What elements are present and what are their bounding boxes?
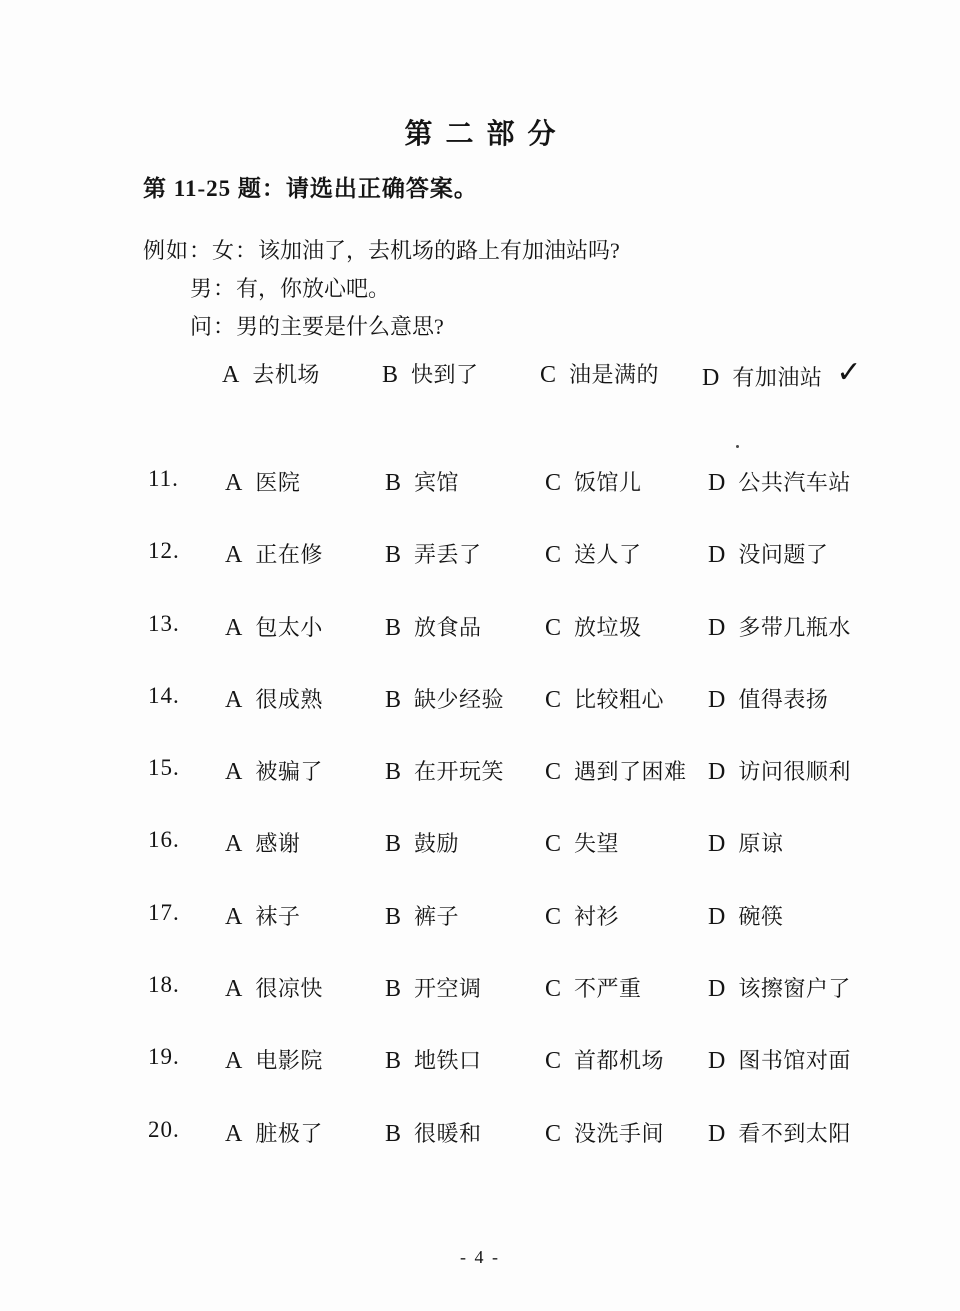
option-d: D原谅	[708, 827, 960, 858]
option-text: 饭馆儿	[574, 470, 642, 495]
option-text: 裤子	[414, 904, 459, 929]
option-text: 缺少经验	[414, 687, 504, 712]
option-letter: B	[385, 542, 401, 568]
document-page: 第二部分 第 11-25 题：请选出正确答案。 例如：女：该加油了，去机场的路上…	[0, 0, 960, 1311]
option-letter: D	[708, 759, 725, 785]
example-dialogue-line: 男：有，你放心吧。	[0, 276, 960, 302]
option-text: 没问题了	[738, 542, 828, 567]
question-number: 19.	[148, 1044, 225, 1070]
question-row-19: 19. A电影院 B地铁口 C首都机场 D图书馆对面	[0, 1044, 960, 1116]
option-a: A被骗了	[225, 755, 385, 786]
question-number: 13.	[148, 611, 225, 637]
option-b: B很暖和	[385, 1117, 545, 1148]
option-letter: B	[385, 615, 401, 641]
option-b: B地铁口	[385, 1044, 545, 1075]
instructions-line: 第 11-25 题：请选出正确答案。	[143, 170, 478, 203]
option-letter: C	[545, 759, 561, 785]
question-number: 15.	[148, 755, 225, 781]
option-b: B宾馆	[385, 466, 545, 497]
speaker-woman: 女：	[212, 238, 258, 263]
option-d: D值得表扬	[708, 683, 960, 714]
option-c: C首都机场	[545, 1044, 708, 1075]
dialogue-text: 有，你放心吧。	[236, 276, 390, 301]
option-c: C比较粗心	[545, 683, 708, 714]
option-c: C不严重	[545, 972, 708, 1003]
option-b: B开空调	[385, 972, 545, 1003]
option-text: 遇到了困难	[574, 759, 687, 784]
option-text: 油是满的	[569, 362, 659, 387]
option-letter: D	[702, 365, 719, 391]
question-number: 17.	[148, 900, 225, 926]
dialogue-text: 男的主要是什么意思?	[236, 314, 444, 339]
option-letter: A	[225, 976, 242, 1002]
question-row-15: 15. A被骗了 B在开玩笑 C遇到了困难 D访问很顺利	[0, 755, 960, 827]
question-row-17: 17. A袜子 B裤子 C衬衫 D碗筷	[0, 900, 960, 972]
option-letter: A	[225, 687, 242, 713]
option-text: 很凉快	[255, 976, 323, 1001]
question-number: 18.	[148, 972, 225, 998]
example-dialogue-line: 问：男的主要是什么意思?	[0, 314, 960, 340]
option-c: C没洗手间	[545, 1117, 708, 1148]
option-text: 原谅	[738, 831, 783, 856]
question-row-13: 13. A包太小 B放食品 C放垃圾 D多带几瓶水	[0, 611, 960, 683]
example-block: 例如：女：该加油了，去机场的路上有加油站吗? 男：有，你放心吧。 问：男的主要是…	[0, 238, 960, 393]
option-d: D公共汽车站	[708, 466, 960, 497]
option-letter: B	[385, 1121, 401, 1147]
option-letter: D	[708, 831, 725, 857]
example-option-c: C油是满的	[540, 358, 702, 393]
option-text: 比较粗心	[574, 687, 664, 712]
question-number: 12.	[148, 538, 225, 564]
option-letter: A	[225, 904, 242, 930]
option-letter: C	[540, 362, 556, 388]
option-d: D图书馆对面	[708, 1044, 960, 1075]
option-text: 有加油站	[732, 365, 822, 390]
option-letter: C	[545, 615, 561, 641]
scan-artifact-dot	[736, 445, 739, 448]
option-a: A脏极了	[225, 1117, 385, 1148]
option-letter: B	[385, 831, 401, 857]
option-text: 失望	[574, 831, 619, 856]
option-b: B缺少经验	[385, 683, 545, 714]
option-text: 包太小	[255, 615, 323, 640]
option-letter: B	[385, 904, 401, 930]
option-a: A很成熟	[225, 683, 385, 714]
option-b: B鼓励	[385, 827, 545, 858]
option-letter: A	[225, 1048, 242, 1074]
speaker-question: 问：	[190, 314, 236, 339]
option-letter: A	[222, 362, 239, 388]
option-letter: D	[708, 687, 725, 713]
speaker-man: 男：	[190, 276, 236, 301]
questions-list: 11. A医院 B宾馆 C饭馆儿 D公共汽车站 12. A正在修 B弄丢了 C送…	[0, 466, 960, 1189]
question-row-18: 18. A很凉快 B开空调 C不严重 D该擦窗户了	[0, 972, 960, 1044]
option-text: 医院	[255, 470, 300, 495]
option-text: 多带几瓶水	[738, 615, 851, 640]
option-d: D碗筷	[708, 900, 960, 931]
option-letter: C	[545, 1048, 561, 1074]
option-a: A感谢	[225, 827, 385, 858]
option-d: D看不到太阳	[708, 1117, 960, 1148]
option-letter: B	[385, 470, 401, 496]
option-c: C饭馆儿	[545, 466, 708, 497]
question-row-14: 14. A很成熟 B缺少经验 C比较粗心 D值得表扬	[0, 683, 960, 755]
question-number: 16.	[148, 827, 225, 853]
option-letter: D	[708, 976, 725, 1002]
option-text: 去机场	[252, 362, 320, 387]
option-a: A包太小	[225, 611, 385, 642]
option-letter: D	[708, 1121, 725, 1147]
option-text: 该擦窗户了	[738, 976, 851, 1001]
option-b: B弄丢了	[385, 538, 545, 569]
option-text: 送人了	[574, 542, 642, 567]
option-letter: B	[385, 687, 401, 713]
option-text: 弄丢了	[414, 542, 482, 567]
option-letter: A	[225, 470, 242, 496]
option-letter: C	[545, 831, 561, 857]
option-letter: A	[225, 759, 242, 785]
question-row-11: 11. A医院 B宾馆 C饭馆儿 D公共汽车站	[0, 466, 960, 538]
option-a: A袜子	[225, 900, 385, 931]
option-letter: C	[545, 542, 561, 568]
option-d: D多带几瓶水	[708, 611, 960, 642]
option-b: B裤子	[385, 900, 545, 931]
option-letter: A	[225, 831, 242, 857]
option-letter: C	[545, 904, 561, 930]
example-dialogue-line: 例如：女：该加油了，去机场的路上有加油站吗?	[0, 238, 960, 264]
option-a: A正在修	[225, 538, 385, 569]
option-letter: C	[545, 470, 561, 496]
checkmark-icon: ✓	[836, 355, 861, 390]
option-letter: A	[225, 542, 242, 568]
option-c: C衬衫	[545, 900, 708, 931]
option-letter: B	[385, 976, 401, 1002]
option-letter: D	[708, 470, 725, 496]
example-option-b: B快到了	[382, 358, 540, 393]
page-number: - 4 -	[0, 1247, 960, 1268]
question-number: 20.	[148, 1117, 225, 1143]
option-a: A电影院	[225, 1044, 385, 1075]
option-text: 正在修	[255, 542, 323, 567]
option-text: 不严重	[574, 976, 642, 1001]
option-text: 地铁口	[414, 1048, 482, 1073]
example-options-row: A去机场 B快到了 C油是满的 D有加油站✓	[0, 358, 960, 393]
option-text: 图书馆对面	[738, 1048, 851, 1073]
option-letter: D	[708, 542, 725, 568]
option-d: D该擦窗户了	[708, 972, 960, 1003]
question-number: 11.	[148, 466, 225, 492]
option-text: 放垃圾	[574, 615, 642, 640]
question-row-12: 12. A正在修 B弄丢了 C送人了 D没问题了	[0, 538, 960, 610]
question-row-20: 20. A脏极了 B很暖和 C没洗手间 D看不到太阳	[0, 1117, 960, 1189]
option-text: 感谢	[255, 831, 300, 856]
option-text: 被骗了	[255, 759, 323, 784]
option-letter: B	[385, 1048, 401, 1074]
option-b: B在开玩笑	[385, 755, 545, 786]
option-text: 开空调	[414, 976, 482, 1001]
example-label: 例如：	[143, 238, 212, 263]
option-c: C放垃圾	[545, 611, 708, 642]
option-text: 公共汽车站	[738, 470, 851, 495]
option-letter: B	[382, 362, 398, 388]
question-number: 14.	[148, 683, 225, 709]
option-text: 鼓励	[414, 831, 459, 856]
option-letter: C	[545, 976, 561, 1002]
option-text: 值得表扬	[738, 687, 828, 712]
option-letter: A	[225, 615, 242, 641]
option-text: 碗筷	[738, 904, 783, 929]
option-letter: D	[708, 615, 725, 641]
option-text: 首都机场	[574, 1048, 664, 1073]
option-letter: C	[545, 687, 561, 713]
option-text: 在开玩笑	[414, 759, 504, 784]
option-letter: A	[225, 1121, 242, 1147]
option-text: 没洗手间	[574, 1121, 664, 1146]
option-text: 袜子	[255, 904, 300, 929]
option-text: 很成熟	[255, 687, 323, 712]
option-a: A很凉快	[225, 972, 385, 1003]
example-option-d: D有加油站✓	[702, 358, 960, 393]
option-c: C失望	[545, 827, 708, 858]
option-letter: C	[545, 1121, 561, 1147]
option-a: A医院	[225, 466, 385, 497]
option-text: 看不到太阳	[738, 1121, 851, 1146]
example-option-a: A去机场	[222, 358, 382, 393]
option-text: 脏极了	[255, 1121, 323, 1146]
option-letter: D	[708, 1048, 725, 1074]
option-letter: B	[385, 759, 401, 785]
option-text: 放食品	[414, 615, 482, 640]
option-c: C送人了	[545, 538, 708, 569]
section-title: 第二部分	[0, 112, 960, 152]
option-c: C遇到了困难	[545, 755, 708, 786]
option-text: 电影院	[255, 1048, 323, 1073]
question-row-16: 16. A感谢 B鼓励 C失望 D原谅	[0, 827, 960, 899]
option-text: 快到了	[411, 362, 479, 387]
option-d: D没问题了	[708, 538, 960, 569]
dialogue-text: 该加油了，去机场的路上有加油站吗?	[258, 238, 620, 263]
option-d: D访问很顺利	[708, 755, 960, 786]
option-text: 很暖和	[414, 1121, 482, 1146]
option-b: B放食品	[385, 611, 545, 642]
option-text: 宾馆	[414, 470, 459, 495]
option-letter: D	[708, 904, 725, 930]
option-text: 衬衫	[574, 904, 619, 929]
option-text: 访问很顺利	[738, 759, 851, 784]
